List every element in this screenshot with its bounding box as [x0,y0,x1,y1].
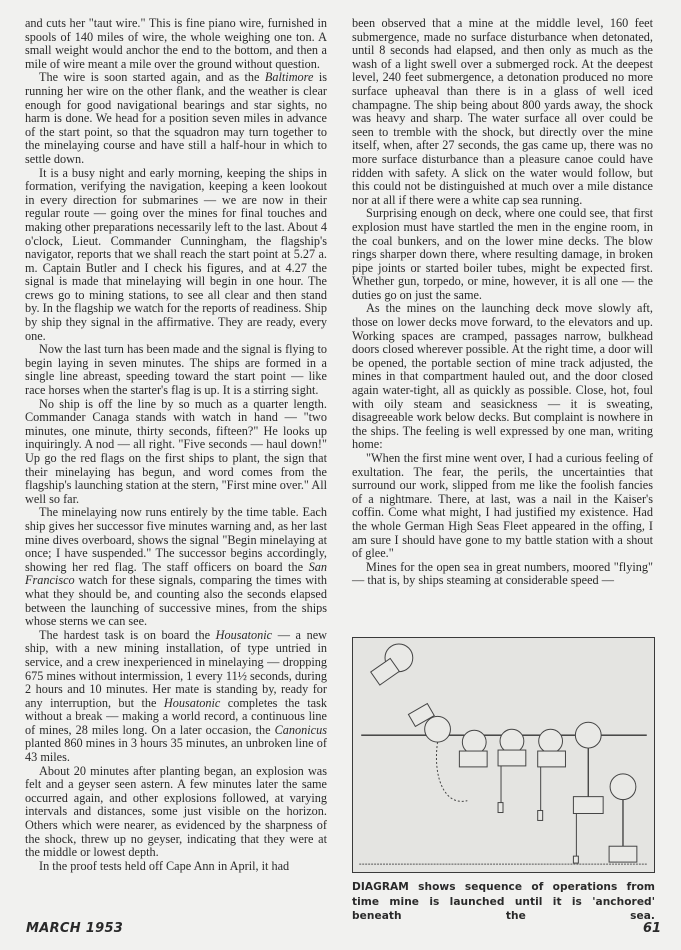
ship-name: Housatonic [164,696,220,710]
paragraph: The wire is soon started again, and as t… [25,71,327,166]
ship-name: Baltimore [265,70,314,84]
paragraph: Surprising enough on deck, where one cou… [352,207,653,302]
diagram-illustration [353,638,654,872]
paragraph: As the mines on the launching deck move … [352,302,653,452]
left-column: and cuts her "taut wire." This is fine p… [25,17,327,873]
ship-name: Canonicus [275,723,327,737]
paragraph: "When the first mine went over, I had a … [352,452,653,561]
mine-sequence-diagram [352,637,655,873]
page-number: 61 [643,921,661,936]
paragraph: Now the last turn has been made and the … [25,343,327,397]
paragraph: About 20 minutes after planting began, a… [25,765,327,860]
ship-name: Housatonic [216,628,272,642]
figure-caption: DIAGRAM shows sequence of operations fro… [352,880,655,924]
paragraph: No ship is off the line by so much as a … [25,398,327,507]
paragraph: and cuts her "taut wire." This is fine p… [25,17,327,71]
paragraph: The hardest task is on board the Housato… [25,629,327,765]
right-column: been observed that a mine at the middle … [352,17,653,588]
paragraph: Mines for the open sea in great numbers,… [352,561,653,588]
paragraph: It is a busy night and early morning, ke… [25,167,327,344]
issue-date: MARCH 1953 [26,921,123,936]
paragraph: The minelaying now runs entirely by the … [25,506,327,628]
paragraph: been observed that a mine at the middle … [352,17,653,207]
paragraph: In the proof tests held off Cape Ann in … [25,860,327,874]
